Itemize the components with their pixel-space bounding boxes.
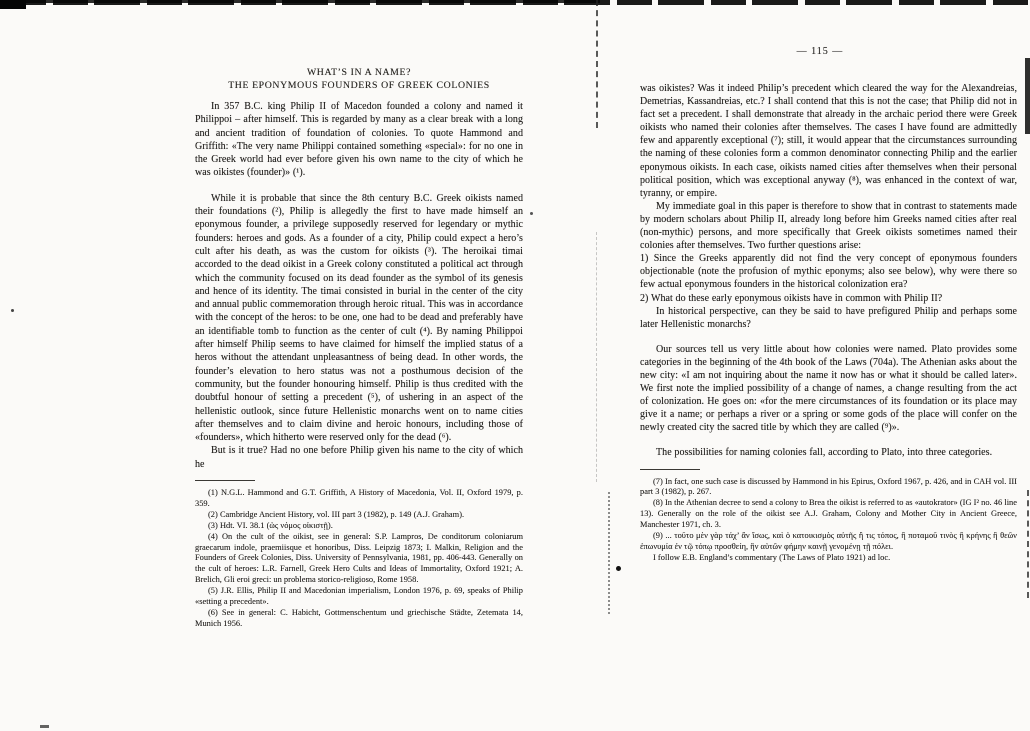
right-page: — 115 — was oikistes? Was it indeed Phil… — [640, 42, 1017, 564]
paragraph-question: But is it true? Had no one before Philip… — [195, 444, 523, 471]
right-page-body: was oikistes? Was it indeed Philip’s pre… — [640, 82, 1017, 460]
footnote-9-addendum: I follow E.B. England’s commentary (The … — [640, 553, 1017, 564]
left-page-body: In 357 B.C. king Philip II of Macedon fo… — [195, 100, 523, 471]
scan-edge-artifact-top-2 — [0, 0, 600, 3]
left-page-footnotes: (1) N.G.L. Hammond and G.T. Griffith, A … — [195, 488, 523, 630]
printed-bullet-mark — [616, 566, 621, 571]
paragraph-perspective: In historical perspective, can they be s… — [640, 305, 1017, 331]
footnote-8: (8) In the Athenian decree to send a col… — [640, 498, 1017, 531]
footnote-1: (1) N.G.L. Hammond and G.T. Griffith, A … — [195, 488, 523, 510]
footnote-separator — [640, 469, 700, 470]
footnote-6: (6) See in general: C. Habicht, Gottmens… — [195, 608, 523, 630]
list-item-1: 1) Since the Greeks apparently did not f… — [640, 252, 1017, 291]
footnote-4: (4) On the cult of the oikist, see in ge… — [195, 532, 523, 587]
paragraph-intro: In 357 B.C. king Philip II of Macedon fo… — [195, 100, 523, 180]
page-fold-line-top — [596, 0, 598, 128]
paragraph-categories: The possibilities for naming colonies fa… — [640, 446, 1017, 459]
footnote-separator — [195, 480, 255, 481]
footnote-7: (7) In fact, one such case is discussed … — [640, 477, 1017, 499]
scan-speck — [40, 725, 49, 728]
page-fold-line-middle — [596, 232, 597, 482]
scan-speck — [11, 309, 14, 312]
scan-speck — [530, 212, 533, 215]
scan-edge-artifact-right — [1025, 58, 1030, 134]
footnote-9-greek: (9) ... τοῦτο μὲν γὰρ τάχ’ ἂν ἴσως, καὶ … — [640, 531, 1017, 553]
scan-edge-dashes-right — [1027, 490, 1029, 598]
title-line-1: WHAT’S IN A NAME? — [195, 66, 523, 79]
article-title: WHAT’S IN A NAME? THE EPONYMOUS FOUNDERS… — [195, 66, 523, 92]
list-item-2: 2) What do these early eponymous oikists… — [640, 292, 1017, 305]
paragraph-main: While it is probable that since the 8th … — [195, 192, 523, 445]
right-page-footnotes: (7) In fact, one such case is discussed … — [640, 477, 1017, 564]
footnote-3: (3) Hdt. VI. 38.1 (ὡς νόμος οἰκιστῇ). — [195, 521, 523, 532]
title-line-2: THE EPONYMOUS FOUNDERS OF GREEK COLONIES — [195, 79, 523, 92]
scanned-paper-spread: { "colors": { "paper": "#fbfaf8", "ink":… — [0, 0, 1030, 731]
paragraph-sources: Our sources tell us very little about ho… — [640, 343, 1017, 435]
footnote-2: (2) Cambridge Ancient History, vol. III … — [195, 510, 523, 521]
page-number: — 115 — — [765, 46, 875, 57]
paragraph-continuation: was oikistes? Was it indeed Philip’s pre… — [640, 82, 1017, 200]
left-page: WHAT’S IN A NAME? THE EPONYMOUS FOUNDERS… — [195, 66, 523, 630]
paragraph-goal: My immediate goal in this paper is there… — [640, 200, 1017, 252]
page-fold-line-bottom — [608, 492, 610, 614]
footnote-5: (5) J.R. Ellis, Philip II and Macedonian… — [195, 586, 523, 608]
scan-corner-mark — [0, 0, 26, 9]
